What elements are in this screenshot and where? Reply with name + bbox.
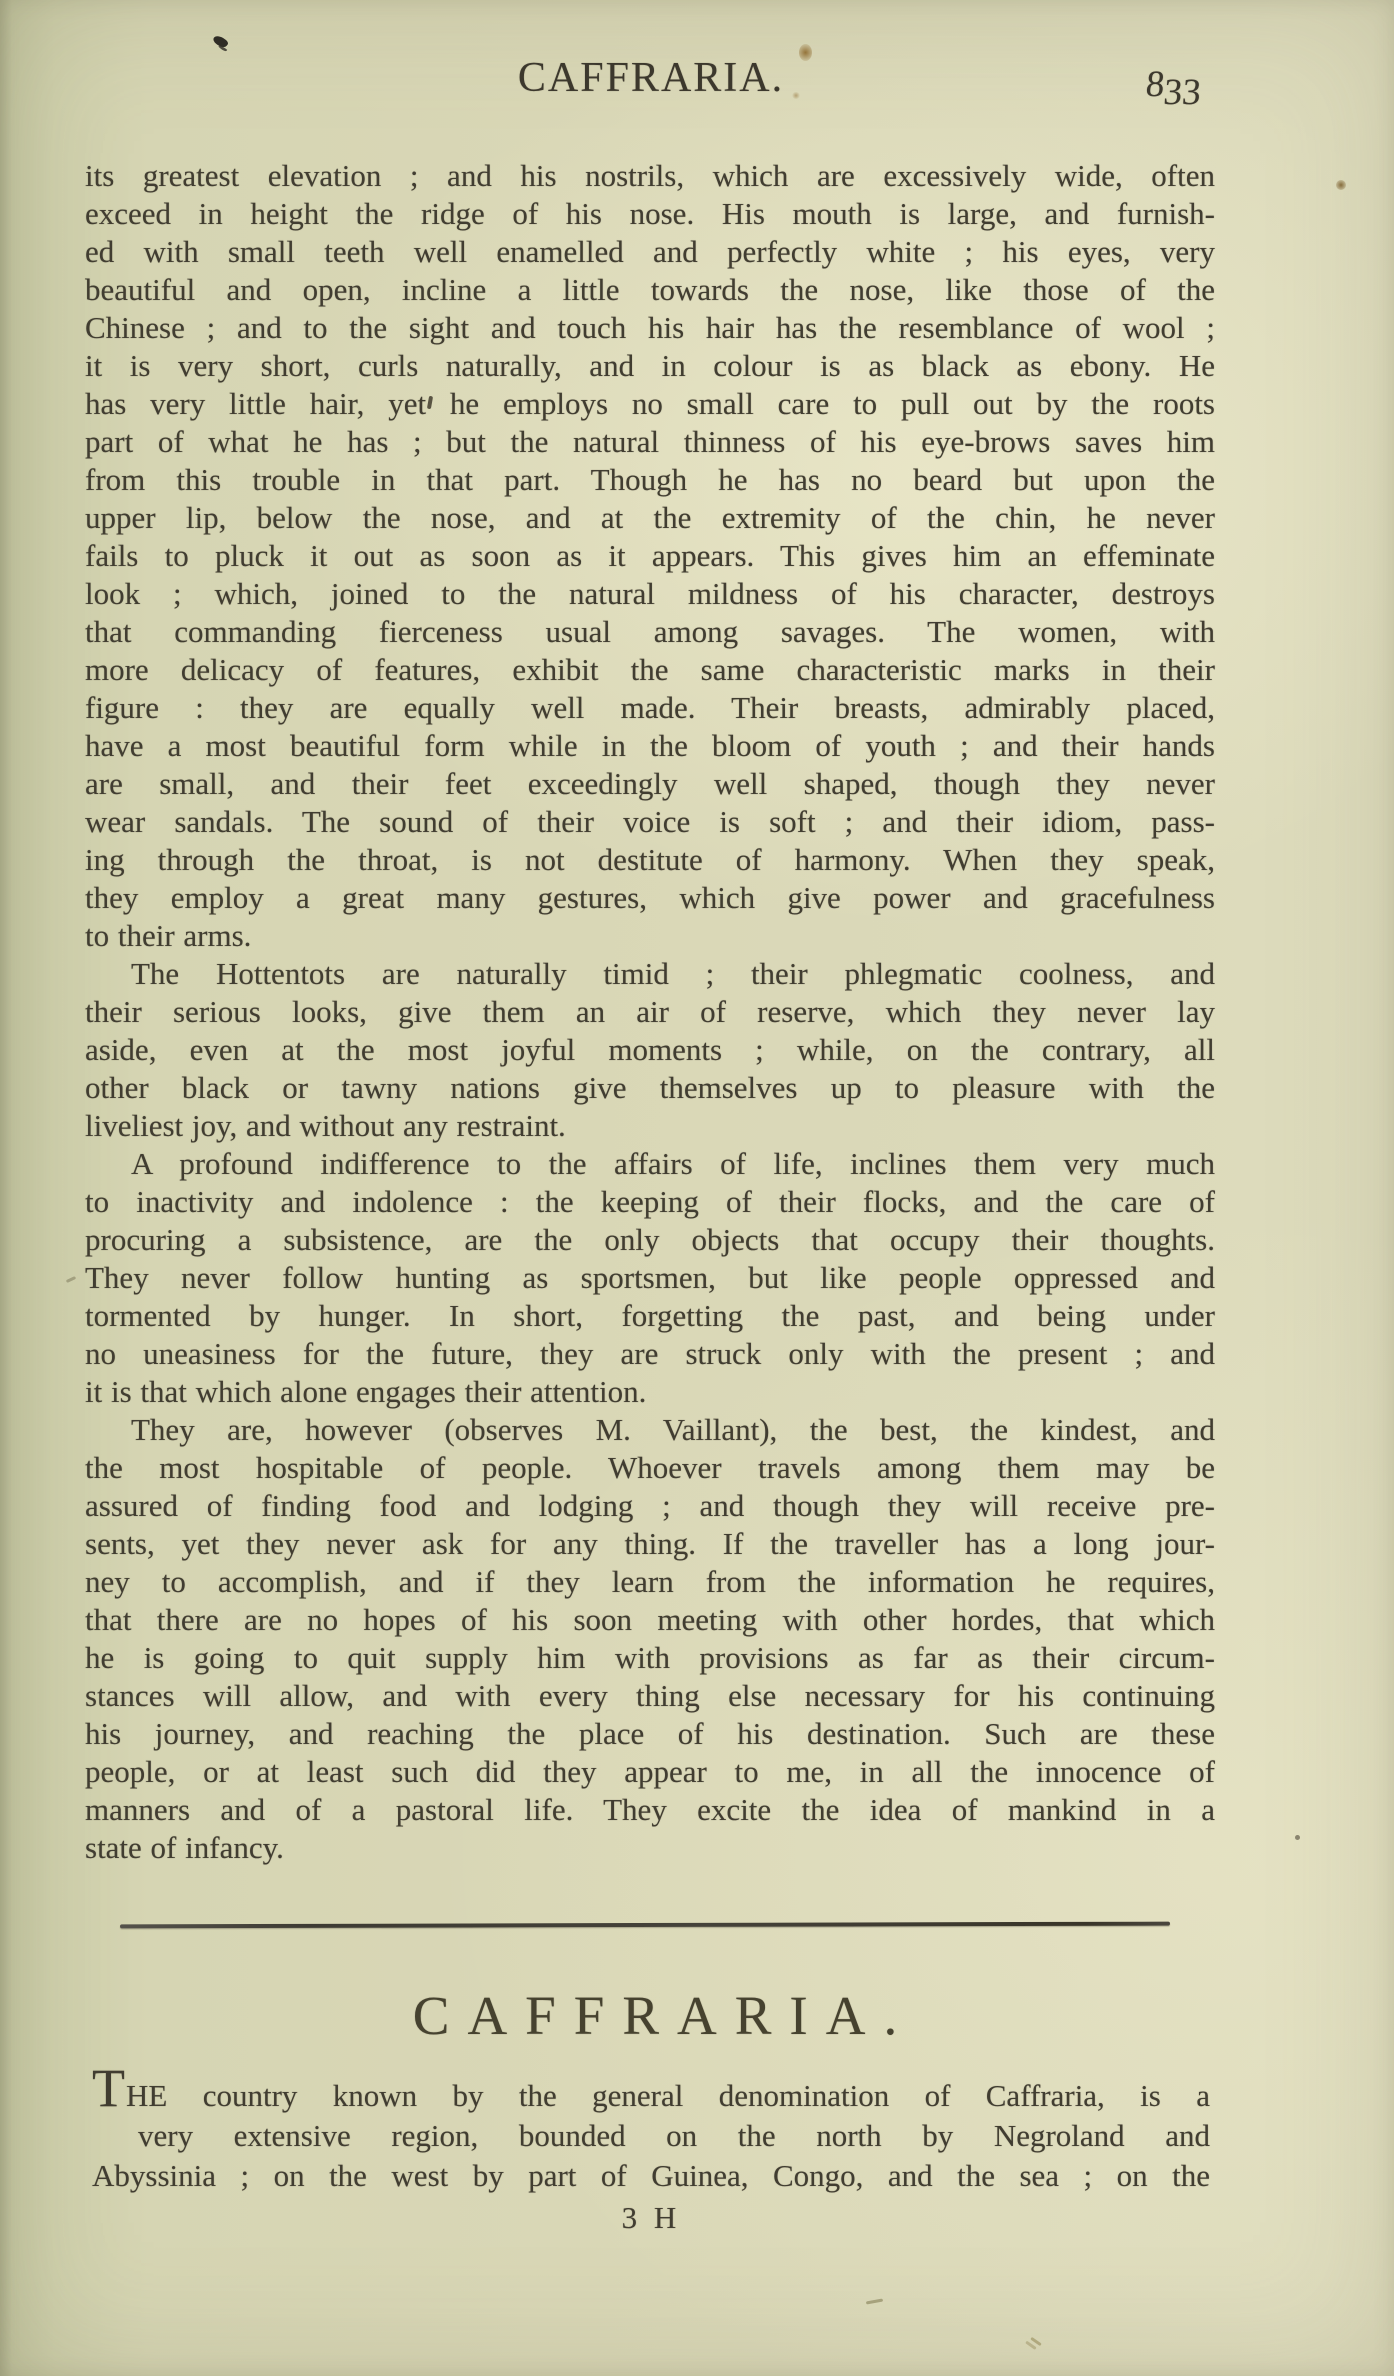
text-line: more delicacy of features, exhibit the s…	[85, 651, 1215, 689]
text-line: wear sandals. The sound of their voice i…	[85, 803, 1215, 841]
text-line: sents, yet they never ask for any thing.…	[85, 1525, 1215, 1563]
text-line: their serious looks, give them an air of…	[85, 993, 1215, 1031]
text-line: figure : they are equally well made. The…	[85, 689, 1215, 727]
section-heading: CAFFRARIA.	[0, 1984, 1310, 2047]
text-line: They are, however (observes M. Vaillant)…	[85, 1411, 1215, 1449]
text-line: the most hospitable of people. Whoever t…	[85, 1449, 1215, 1487]
signature-mark: 3 H	[92, 2198, 1210, 2238]
text-line: other black or tawny nations give themse…	[85, 1069, 1215, 1107]
text-line: to their arms.	[85, 917, 1215, 955]
text-line: they employ a great many gestures, which…	[85, 879, 1215, 917]
foxing-spot	[1336, 180, 1346, 190]
text-line: state of infancy.	[85, 1829, 1215, 1867]
text-line: part of what he has ; but the natural th…	[85, 423, 1215, 461]
text-line: from this trouble in that part. Though h…	[85, 461, 1215, 499]
text-line: its greatest elevation ; and his nostril…	[85, 157, 1215, 195]
paragraph: They are, however (observes M. Vaillant)…	[85, 1411, 1215, 1867]
paper-fiber	[866, 2299, 883, 2305]
paper-fiber	[66, 1276, 76, 1283]
paper-fiber	[1030, 2337, 1042, 2346]
text-line: Chinese ; and to the sight and touch his…	[85, 309, 1215, 347]
section-divider-rule	[120, 1922, 1170, 1929]
text-line: very extensive region, bounded on the no…	[92, 2116, 1210, 2156]
text-line: manners and of a pastoral life. They exc…	[85, 1791, 1215, 1829]
ink-speck	[1295, 1835, 1300, 1840]
text-line: no uneasiness for the future, they are s…	[85, 1335, 1215, 1373]
book-page: CAFFRARIA. 833 its greatest elevation ; …	[0, 0, 1394, 2376]
ink-mark	[212, 33, 229, 49]
page-number: 833	[1144, 63, 1203, 106]
text-line: liveliest joy, and without any restraint…	[85, 1107, 1215, 1145]
text-line-rest: HE country known by the general denomina…	[126, 2078, 1210, 2113]
text-line: it is very short, curls naturally, and i…	[85, 347, 1215, 385]
text-line: stances will allow, and with every thing…	[85, 1677, 1215, 1715]
text-line: it is that which alone engages their att…	[85, 1373, 1215, 1411]
text-line: tormented by hunger. In short, forgettin…	[85, 1297, 1215, 1335]
text-line: aside, even at the most joyful moments ;…	[85, 1031, 1215, 1069]
text-line: ney to accomplish, and if they learn fro…	[85, 1563, 1215, 1601]
paragraph: The Hottentots are naturally timid ; the…	[85, 955, 1215, 1145]
running-header: CAFFRARIA.	[0, 54, 1302, 102]
text-line: They never follow hunting as sportsmen, …	[85, 1259, 1215, 1297]
text-line: THE country known by the general denomin…	[92, 2068, 1210, 2116]
text-line: A profound indifference to the affairs o…	[85, 1145, 1215, 1183]
text-line: look ; which, joined to the natural mild…	[85, 575, 1215, 613]
text-line: beautiful and open, incline a little tow…	[85, 271, 1215, 309]
text-line: ed with small teeth well enamelled and p…	[85, 233, 1215, 271]
text-line: exceed in height the ridge of his nose. …	[85, 195, 1215, 233]
text-line: The Hottentots are naturally timid ; the…	[85, 955, 1215, 993]
text-line: he is going to quit supply him with prov…	[85, 1639, 1215, 1677]
closing-paragraph: THE country known by the general denomin…	[92, 2068, 1210, 2238]
text-line: upper lip, below the nose, and at the ex…	[85, 499, 1215, 537]
text-line: assured of finding food and lodging ; an…	[85, 1487, 1215, 1525]
paragraph: its greatest elevation ; and his nostril…	[85, 157, 1215, 955]
text-line: has very little hair, yet he employs no …	[85, 385, 1215, 423]
text-line: ing through the throat, is not destitute…	[85, 841, 1215, 879]
text-line: that commanding fierceness usual among s…	[85, 613, 1215, 651]
text-line: to inactivity and indolence : the keepin…	[85, 1183, 1215, 1221]
body-paragraphs: its greatest elevation ; and his nostril…	[85, 157, 1215, 1867]
drop-cap: T	[92, 2058, 126, 2118]
text-line: Abyssinia ; on the west by part of Guine…	[92, 2156, 1210, 2196]
text-line: that there are no hopes of his soon meet…	[85, 1601, 1215, 1639]
text-line: people, or at least such did they appear…	[85, 1753, 1215, 1791]
text-line: fails to pluck it out as soon as it appe…	[85, 537, 1215, 575]
text-line: have a most beautiful form while in the …	[85, 727, 1215, 765]
text-line: procuring a subsistence, are the only ob…	[85, 1221, 1215, 1259]
text-line: his journey, and reaching the place of h…	[85, 1715, 1215, 1753]
text-line: are small, and their feet exceedingly we…	[85, 765, 1215, 803]
paragraph: A profound indifference to the affairs o…	[85, 1145, 1215, 1411]
